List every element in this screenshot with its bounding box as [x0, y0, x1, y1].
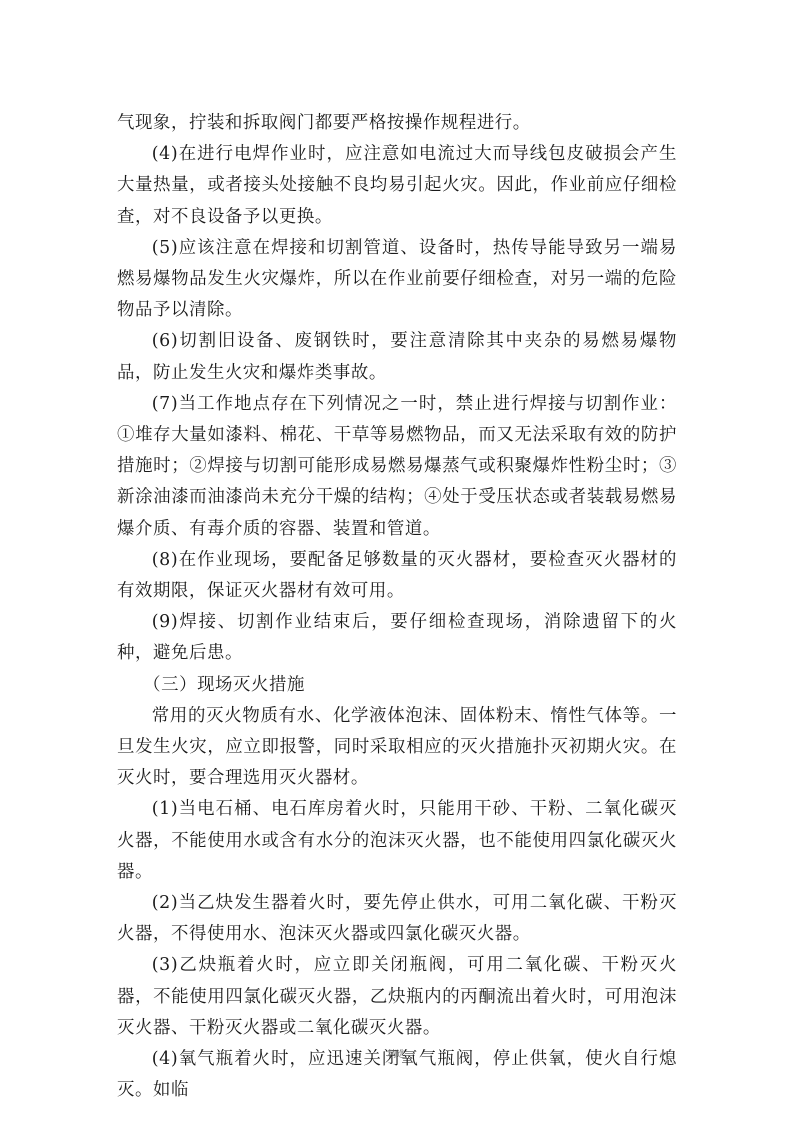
page-footer-label: 精选	[0, 1047, 793, 1060]
paragraph-item-4-welding-current: (4)在进行电焊作业时，应注意如电流过大而导线包皮破损会产生大量热量，或者接头处…	[117, 139, 677, 233]
section-heading-fire-fighting: （三）现场灭火措施	[117, 670, 677, 701]
document-body: 气现象，拧装和拆取阀门都要严格按操作规程进行。 (4)在进行电焊作业时，应注意如…	[117, 108, 677, 1107]
paragraph-item-8-extinguishers: (8)在作业现场，要配备足够数量的灭火器材，要检查灭火器材的有效期限，保证灭火器…	[117, 545, 677, 607]
paragraph-item-7-prohibited-conditions: (7)当工作地点存在下列情况之一时，禁止进行焊接与切割作业：①堆存大量如漆料、棉…	[117, 389, 677, 545]
paragraph-item-5-heat-conduction: (5)应该注意在焊接和切割管道、设备时，热传导能导致另一端易燃易爆物品发生火灾爆…	[117, 233, 677, 327]
paragraph-continuation: 气现象，拧装和拆取阀门都要严格按操作规程进行。	[117, 108, 677, 139]
paragraph-fire-item-2-acetylene-generator: (2)当乙炔发生器着火时，要先停止供水，可用二氧化碳、干粉灭火器，不得使用水、泡…	[117, 888, 677, 950]
paragraph-item-9-post-inspection: (9)焊接、切割作业结束后，要仔细检查现场，消除遗留下的火种，避免后患。	[117, 607, 677, 669]
paragraph-item-6-old-equipment: (6)切割旧设备、废钢铁时，要注意清除其中夹杂的易燃易爆物品，防止发生火灾和爆炸…	[117, 326, 677, 388]
paragraph-fire-item-1-carbide: (1)当电石桶、电石库房着火时，只能用干砂、干粉、二氧化碳灭火器，不能使用水或含…	[117, 794, 677, 888]
paragraph-fire-fighting-intro: 常用的灭火物质有水、化学液体泡沫、固体粉末、惰性气体等。一旦发生火灾，应立即报警…	[117, 701, 677, 795]
document-page: 气现象，拧装和拆取阀门都要严格按操作规程进行。 (4)在进行电焊作业时，应注意如…	[0, 0, 793, 1122]
paragraph-fire-item-3-acetylene-cylinder: (3)乙炔瓶着火时，应立即关闭瓶阀，可用二氧化碳、干粉灭火器，不能使用四氯化碳灭…	[117, 950, 677, 1044]
